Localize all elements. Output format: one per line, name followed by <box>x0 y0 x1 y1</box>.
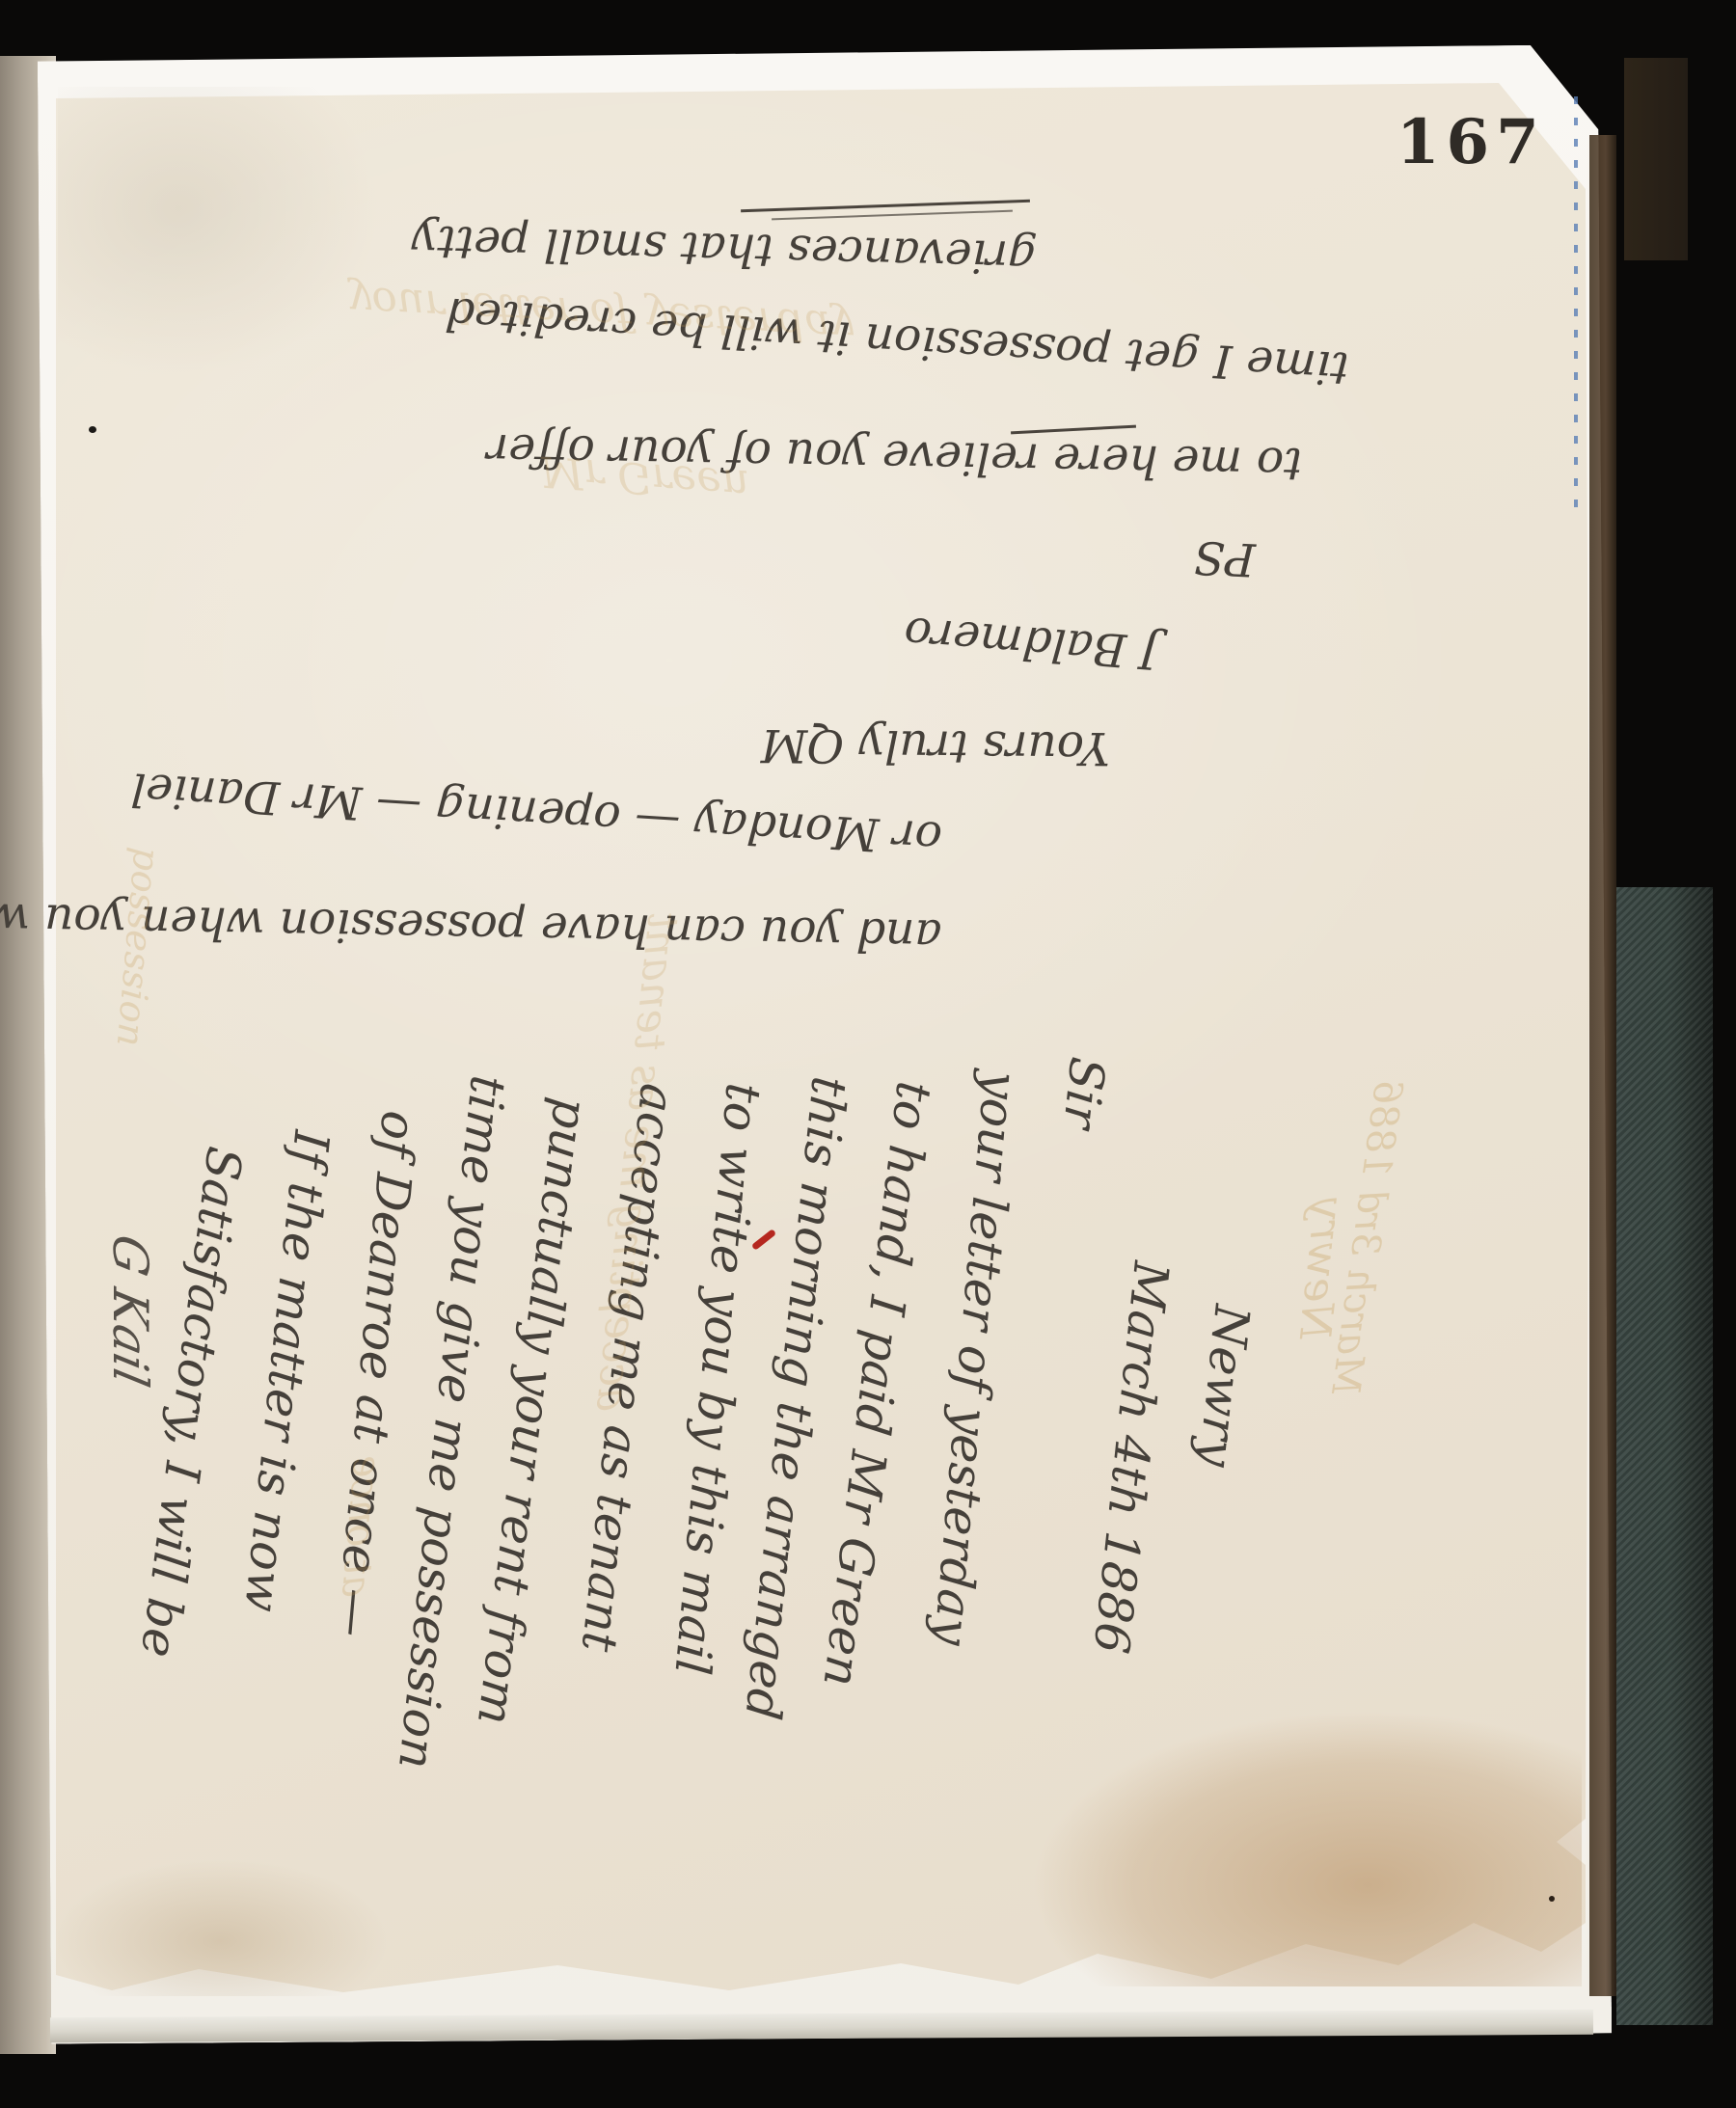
blue-deckle-dashes <box>1574 96 1578 521</box>
photographed-letterbook-page: { "page": { "folio_number": "167", "kind… <box>0 0 1736 2108</box>
ink-speck <box>1549 1896 1555 1902</box>
book-page-block-edge <box>1589 135 1616 1996</box>
overleaf-note-upside-down: and you can have possession when you wis… <box>61 166 1367 1002</box>
ink-speck <box>89 426 96 433</box>
book-cover-corner <box>1624 58 1688 260</box>
handwritten-line: Yours truly QM <box>70 690 1111 797</box>
book-cover-cloth <box>1616 887 1713 2025</box>
letter-signature-scrawl: G Kail <box>88 1227 173 1901</box>
folio-number-stamp: 167 <box>1397 106 1546 178</box>
